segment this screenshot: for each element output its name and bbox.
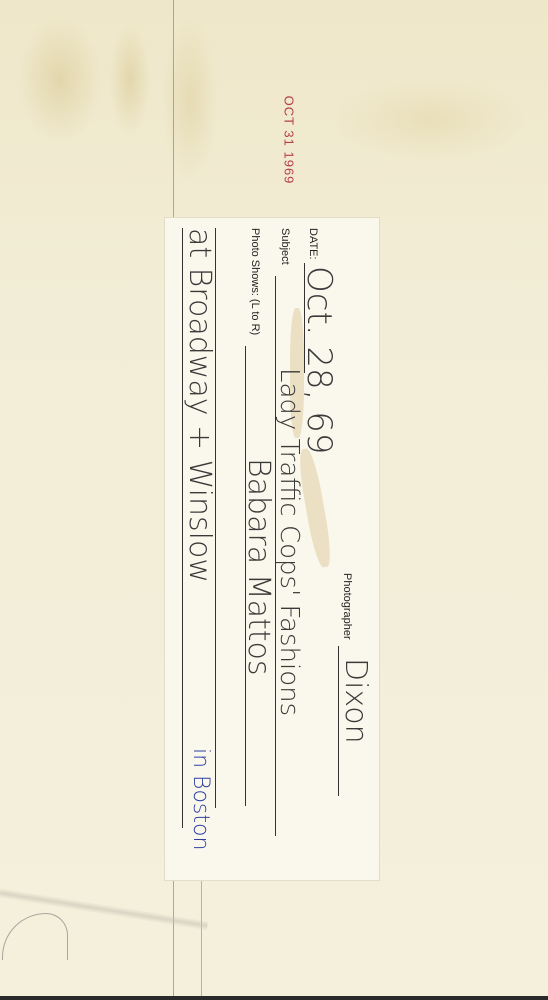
date-handwritten: Oct. 28, 69 <box>299 266 339 455</box>
photo-shows-line1: Babara Mattos <box>241 458 276 676</box>
scan-edge <box>0 996 548 1000</box>
photographer-handwritten: Dixon <box>338 658 373 744</box>
photographer-label: Photographer <box>341 573 353 640</box>
photo-shows-line2: at Broadway + Winslow <box>182 228 217 583</box>
subject-label: Subject <box>279 228 291 265</box>
pencil-margin-line-lower <box>201 880 202 1000</box>
subject-handwritten: Lady Traffic Cops' Fashions <box>274 368 304 716</box>
date-label: DATE: <box>307 228 319 260</box>
received-date-stamp: OCT 31 1969 <box>282 96 297 185</box>
photo-shows-line2-addendum: in Boston <box>188 748 213 850</box>
photo-shows-label: Photo Shows: (L to R) <box>249 228 261 335</box>
caption-card: DATE: Oct. 28, 69 Photographer Dixon Sub… <box>165 218 379 880</box>
